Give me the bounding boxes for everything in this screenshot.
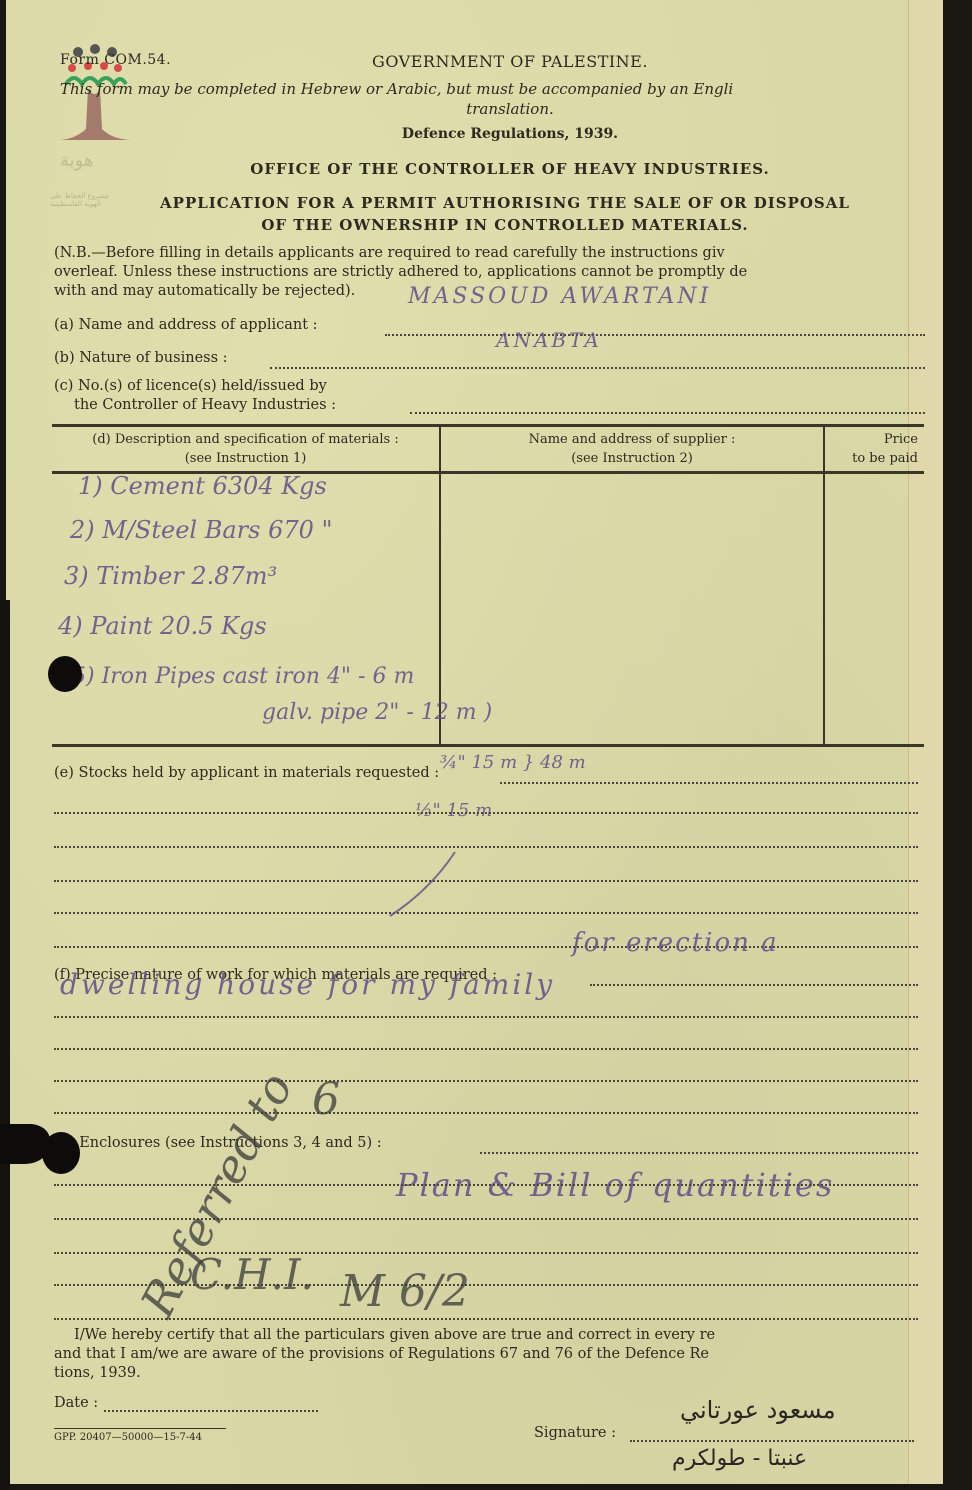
material-item: 4) Paint 20.5 Kgs bbox=[58, 612, 267, 640]
office-title: OFFICE OF THE CONTROLLER OF HEAVY INDUST… bbox=[150, 160, 870, 178]
material-item: galv. pipe 2" - 12 m ) bbox=[262, 700, 492, 725]
printer-code: GPP. 20407—50000—15-7-44 bbox=[54, 1432, 202, 1443]
date-label: Date : bbox=[54, 1394, 98, 1413]
blank-line[interactable] bbox=[54, 1080, 918, 1082]
date-field[interactable] bbox=[104, 1410, 318, 1412]
price-cell[interactable] bbox=[824, 473, 924, 746]
blank-line[interactable] bbox=[54, 846, 918, 848]
work-nature-value-2: dwelling house for my family bbox=[60, 968, 555, 1001]
material-item: 1) Cement 6304 Kgs bbox=[78, 472, 327, 500]
blank-line[interactable] bbox=[54, 880, 918, 882]
blank-line[interactable] bbox=[54, 1112, 918, 1114]
language-note: This form may be completed in Hebrew or … bbox=[60, 80, 733, 98]
form-number: Form COM.54. bbox=[60, 52, 171, 68]
government-title: GOVERNMENT OF PALESTINE. bbox=[300, 52, 720, 71]
blank-line[interactable] bbox=[54, 912, 918, 914]
regulations-title: Defence Regulations, 1939. bbox=[300, 126, 720, 142]
stocks-value: ¾" 15 m } 48 m bbox=[440, 752, 586, 773]
material-item: 5) Iron Pipes cast iron 4" - 6 m bbox=[72, 664, 414, 689]
stocks-value-2: ½" 15 m bbox=[415, 800, 492, 821]
blank-line[interactable] bbox=[54, 1318, 918, 1320]
header-price: Priceto be paid bbox=[824, 426, 924, 473]
field-c-label: (c) No.(s) of licence(s) held/issued by … bbox=[54, 377, 336, 415]
blank-line[interactable] bbox=[54, 1184, 918, 1186]
field-b-label: (b) Nature of business : bbox=[54, 349, 228, 368]
punch-hole bbox=[48, 656, 82, 692]
referral-note: M 6/2 bbox=[340, 1266, 470, 1317]
material-item: 3) Timber 2.87m³ bbox=[64, 562, 277, 590]
blank-line[interactable] bbox=[54, 812, 918, 814]
field-c-line[interactable] bbox=[410, 412, 925, 414]
supplier-cell[interactable] bbox=[440, 473, 824, 746]
material-item: 2) M/Steel Bars 670 " bbox=[70, 516, 333, 544]
torn-edge bbox=[0, 1124, 50, 1164]
applicant-address-value: ANABTA bbox=[496, 328, 602, 352]
signature-label: Signature : bbox=[534, 1424, 616, 1443]
field-b-line[interactable] bbox=[270, 367, 925, 369]
application-title: APPLICATION FOR A PERMIT AUTHORISING THE… bbox=[100, 194, 910, 212]
certification-text: I/We hereby certify that all the particu… bbox=[54, 1326, 715, 1383]
blank-line[interactable] bbox=[54, 1048, 918, 1050]
header-description: (d) Description and specification of mat… bbox=[52, 426, 440, 473]
field-a-label: (a) Name and address of applicant : bbox=[54, 316, 318, 335]
referral-initials: C.H.I. bbox=[190, 1250, 314, 1299]
header-supplier: Name and address of supplier :(see Instr… bbox=[440, 426, 824, 473]
signature-place: عنبتا - طولكرم bbox=[672, 1446, 807, 1471]
blank-line[interactable] bbox=[54, 1016, 918, 1018]
divider bbox=[54, 1428, 226, 1429]
field-e-label: (e) Stocks held by applicant in material… bbox=[54, 764, 439, 783]
watermark-text: هوية bbox=[60, 150, 93, 171]
field-g-line[interactable] bbox=[480, 1152, 918, 1154]
scan-border bbox=[0, 600, 10, 1490]
field-e-line[interactable] bbox=[500, 782, 918, 784]
signature-field[interactable] bbox=[630, 1440, 914, 1442]
field-f-line[interactable] bbox=[590, 984, 918, 986]
signature-arabic: مسعود عورتاني bbox=[680, 1396, 836, 1424]
language-note-2: translation. bbox=[400, 100, 620, 118]
pen-stroke bbox=[380, 850, 460, 920]
application-title-2: OF THE OWNERSHIP IN CONTROLLED MATERIALS… bbox=[100, 216, 910, 234]
blank-line[interactable] bbox=[54, 946, 918, 948]
field-a-line[interactable] bbox=[385, 334, 925, 336]
referral-number: 6 bbox=[312, 1074, 340, 1125]
work-nature-value: for erection a bbox=[572, 928, 779, 958]
applicant-name-value: MASSOUD AWARTANI bbox=[408, 284, 711, 309]
